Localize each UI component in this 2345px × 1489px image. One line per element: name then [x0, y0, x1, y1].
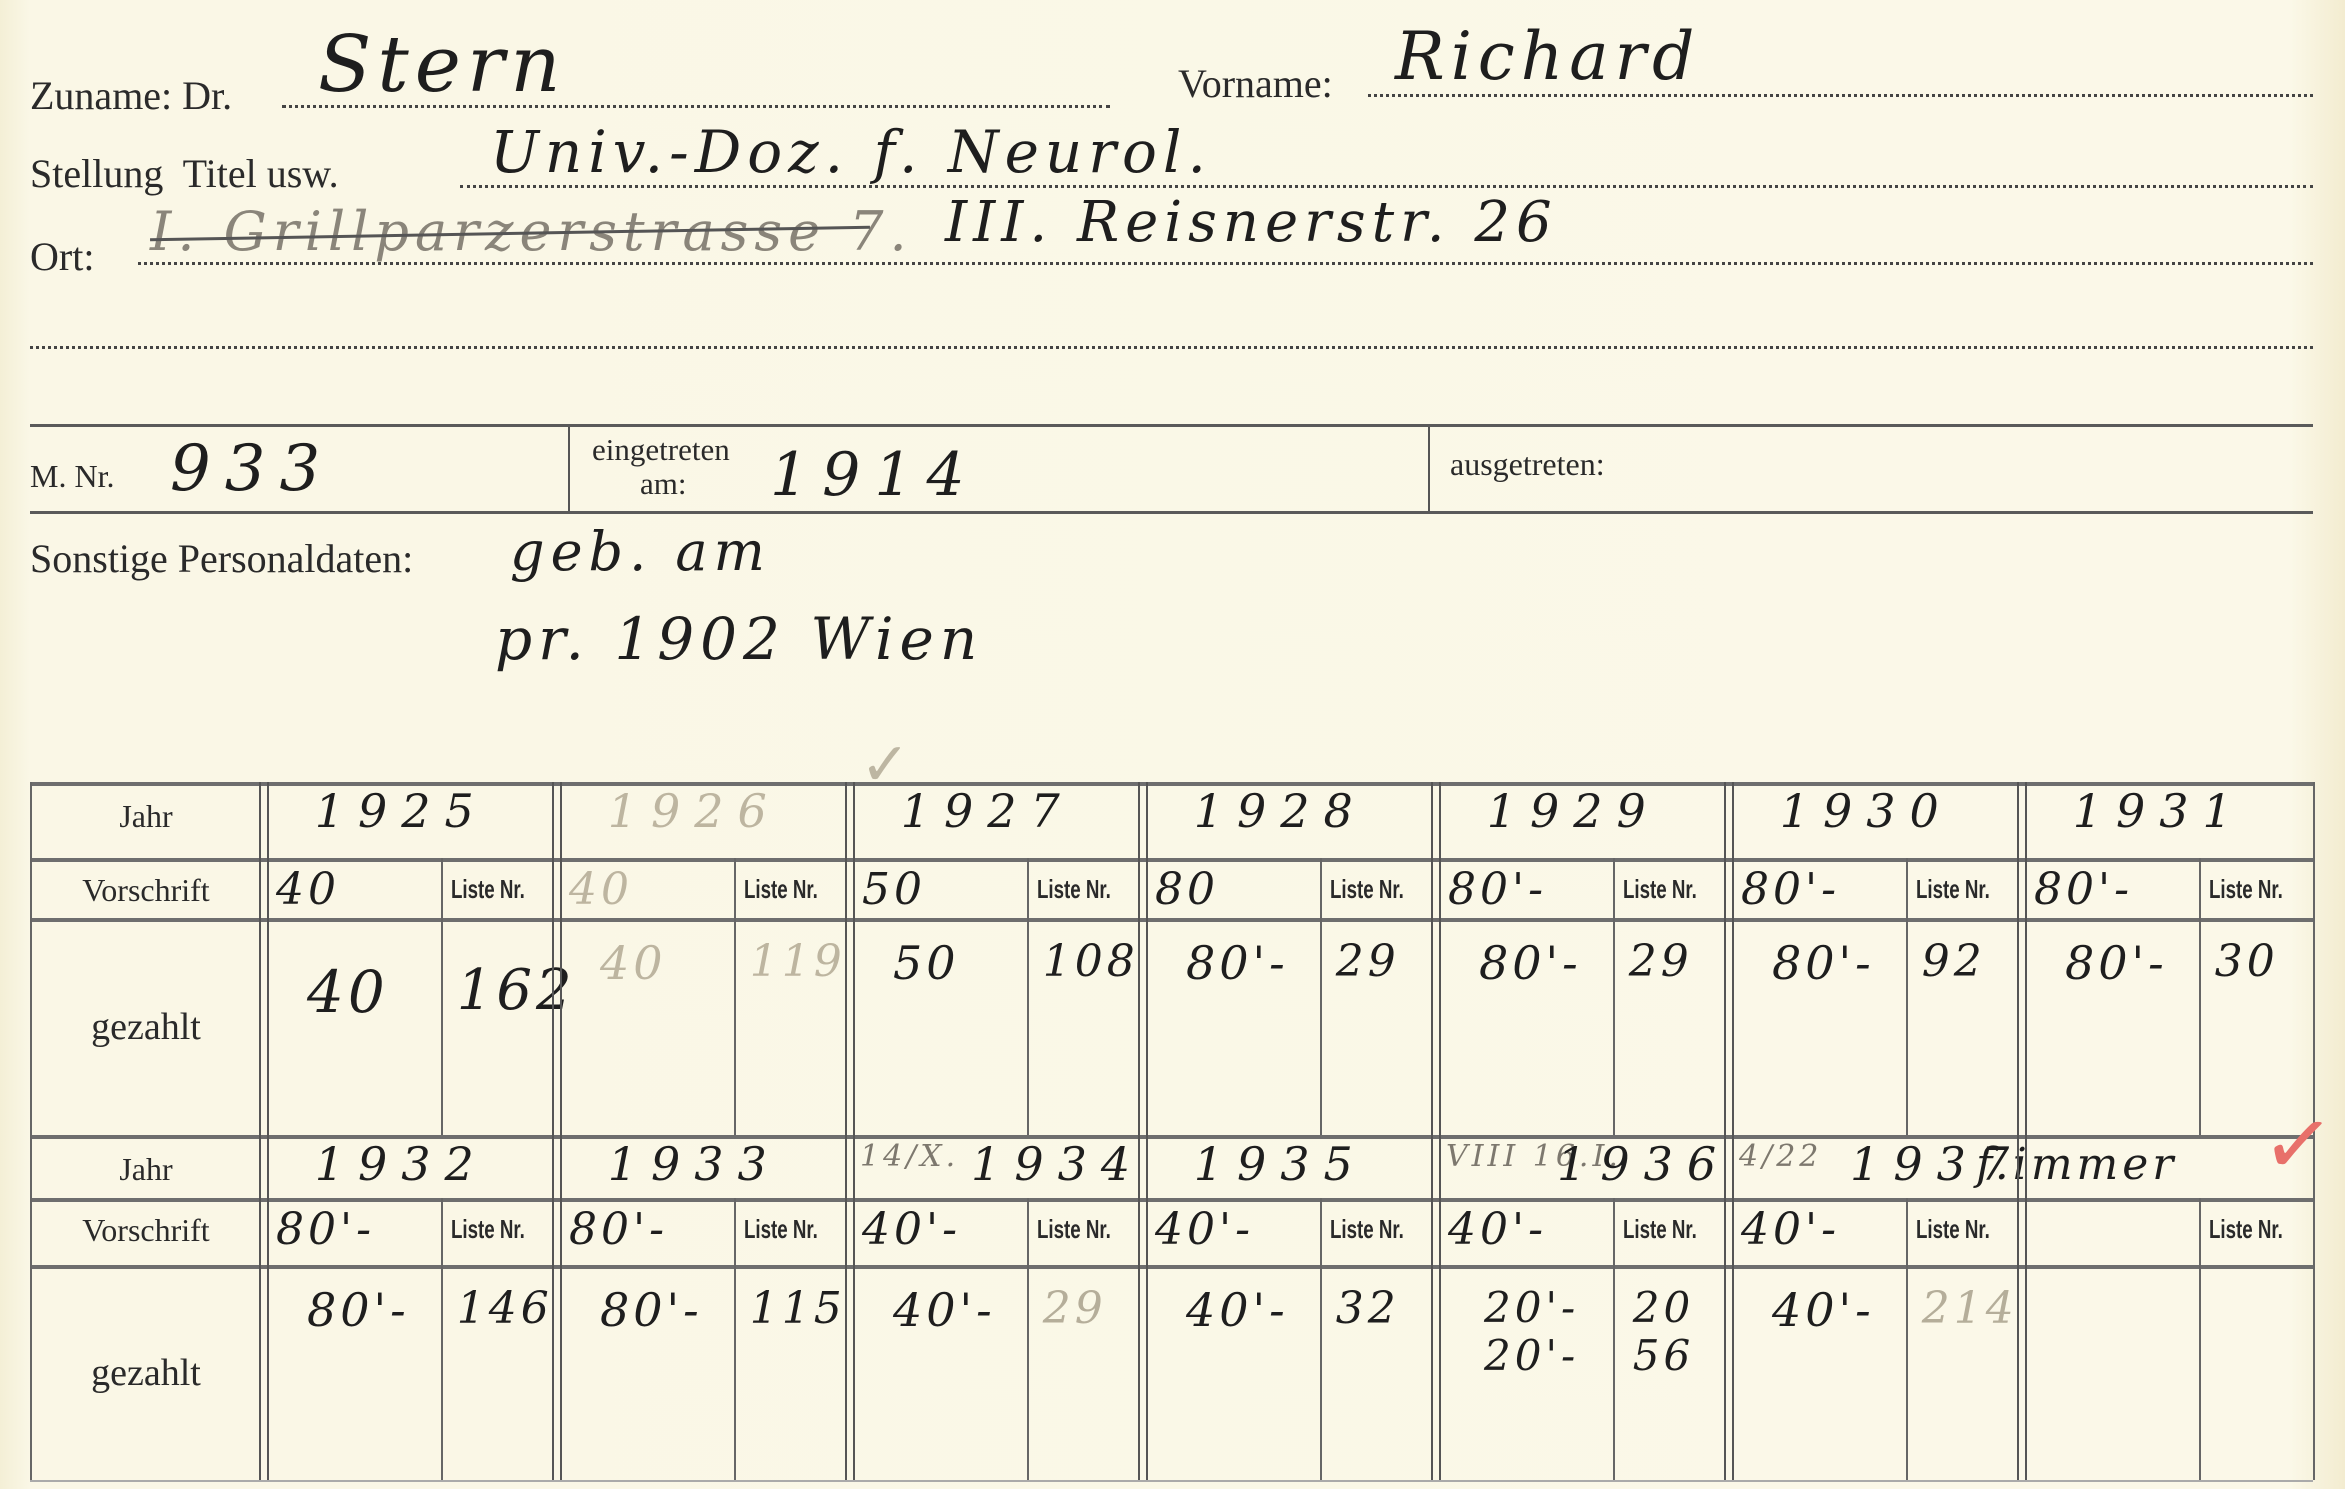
liste-nr-value: 30 [2215, 936, 2279, 987]
liste-nr-value: 29 [1629, 936, 1693, 987]
year-divider [845, 782, 855, 1135]
liste-nr-label: Liste Nr. [1330, 874, 1404, 905]
gezahlt-value: 40'- [1772, 1283, 1875, 1337]
vorschrift-value: 40'- [1448, 1204, 1547, 1255]
table-border [2313, 782, 2315, 1135]
gezahlt-value: 40 [600, 936, 667, 990]
year-divider [1431, 1135, 1441, 1480]
liste-nr-value: 146 [457, 1283, 553, 1334]
gezahlt-value: 40'- [1186, 1283, 1289, 1337]
year-divider [1138, 782, 1148, 1135]
red-check-icon: ✓ [2257, 1092, 2339, 1199]
liste-nr-label: Liste Nr. [1916, 1214, 1990, 1245]
liste-nr-label: Liste Nr. [1623, 1214, 1697, 1245]
year-value: 1933 [608, 1137, 781, 1191]
row-label-jahr: Jahr [30, 798, 262, 835]
vorschrift-value: 40'- [1741, 1204, 1840, 1255]
row-label-gezahlt: gezahlt [30, 1005, 262, 1049]
table-rule [30, 918, 2313, 922]
liste-nr-value: 29 [1043, 1283, 1107, 1334]
year-note: 14/X. [860, 1139, 959, 1174]
liste-nr-label: Liste Nr. [1916, 874, 1990, 905]
year-value: 1930 [1780, 784, 1953, 838]
row-label-vorschrift: Vorschrift [30, 1212, 262, 1249]
year-value: 1929 [1487, 784, 1660, 838]
year-value: 1932 [315, 1137, 488, 1191]
liste-divider [1613, 1198, 1615, 1480]
liste-divider [734, 1198, 736, 1480]
vorschrift-value: 80'- [1448, 864, 1547, 915]
year-value: 1926 [608, 784, 781, 838]
liste-divider [441, 1198, 443, 1480]
liste-nr-label: Liste Nr. [1330, 1214, 1404, 1245]
vorschrift-value: 40 [276, 864, 340, 915]
vorschrift-value: 40'- [1155, 1204, 1254, 1255]
table-rule [30, 1265, 2313, 1269]
year-value: 1934 [971, 1137, 1144, 1191]
liste-nr-label: Liste Nr. [2209, 874, 2283, 905]
year-divider [552, 1135, 562, 1480]
vorschrift-value: 80'- [276, 1204, 375, 1255]
year-value: 1931 [2073, 784, 2246, 838]
liste-divider [1027, 858, 1029, 1135]
liste-divider [2199, 858, 2201, 1135]
liste-divider [1027, 1198, 1029, 1480]
vorschrift-value: 40'- [862, 1204, 961, 1255]
year-divider [1431, 782, 1441, 1135]
gezahlt-value: 80'- [1479, 936, 1582, 990]
liste-divider [1320, 858, 1322, 1135]
gezahlt-value: 40'- [893, 1283, 996, 1337]
liste-nr-label: Liste Nr. [1037, 1214, 1111, 1245]
year-divider [2017, 782, 2027, 1135]
liste-nr-value: 32 [1336, 1283, 1400, 1334]
liste-nr-value: 20 [1633, 1283, 1694, 1332]
liste-nr-value: 92 [1922, 936, 1986, 987]
liste-divider [1613, 858, 1615, 1135]
vorschrift-value: 80'- [569, 1204, 668, 1255]
liste-nr-label: Liste Nr. [1037, 874, 1111, 905]
liste-nr-label: Liste Nr. [744, 1214, 818, 1245]
year-divider [845, 1135, 855, 1480]
vorschrift-value: 80'- [1741, 864, 1840, 915]
liste-divider [1906, 858, 1908, 1135]
liste-divider [1320, 1198, 1322, 1480]
gezahlt-value: 20'- [1484, 1283, 1579, 1332]
liste-nr-value: 56 [1633, 1331, 1694, 1380]
year-value: 1928 [1194, 784, 1367, 838]
year-divider [1724, 1135, 1734, 1480]
liste-divider [734, 858, 736, 1135]
membership-record-card: Zuname: Dr. Stern Vorname: Richard Stell… [0, 0, 2345, 1489]
vorschrift-value: 50 [862, 864, 926, 915]
table-rule [30, 1198, 2313, 1202]
gezahlt-value: 80'- [1772, 936, 1875, 990]
gezahlt-value: 20'- [1484, 1331, 1579, 1380]
liste-divider [1906, 1198, 1908, 1480]
year-value: 1927 [901, 784, 1074, 838]
liste-nr-value: 119 [750, 936, 846, 987]
year-divider [259, 782, 269, 1135]
gezahlt-value: 50 [893, 936, 960, 990]
row-label-jahr: Jahr [30, 1151, 262, 1188]
year-value: 1935 [1194, 1137, 1367, 1191]
liste-nr-label: Liste Nr. [744, 874, 818, 905]
table-rule [30, 858, 2313, 862]
gezahlt-value: 40 [307, 958, 389, 1026]
liste-divider [2199, 1198, 2201, 1480]
year-value: 1936 [1557, 1137, 1730, 1191]
year-divider [1138, 1135, 1148, 1480]
row-label-vorschrift: Vorschrift [30, 872, 262, 909]
liste-nr-value: 29 [1336, 936, 1400, 987]
vorschrift-value: 80'- [2034, 864, 2133, 915]
vorschrift-value: 40 [569, 864, 633, 915]
liste-nr-label: Liste Nr. [451, 874, 525, 905]
gezahlt-value: 80'- [2065, 936, 2168, 990]
table-rule [30, 1480, 2313, 1482]
vorschrift-value: 80 [1155, 864, 1219, 915]
year-value: 1925 [315, 784, 488, 838]
year-divider [2017, 1135, 2027, 1480]
liste-nr-value: 214 [1922, 1283, 2018, 1334]
liste-nr-label: Liste Nr. [451, 1214, 525, 1245]
year-note: 4/22 [1739, 1139, 1822, 1174]
liste-nr-label: Liste Nr. [2209, 1214, 2283, 1245]
liste-divider [441, 858, 443, 1135]
year-divider [259, 1135, 269, 1480]
liste-nr-label: Liste Nr. [1623, 874, 1697, 905]
gezahlt-value: 80'- [307, 1283, 410, 1337]
liste-nr-value: 108 [1043, 936, 1139, 987]
gezahlt-value: 80'- [1186, 936, 1289, 990]
fee-table: JahrVorschriftgezahltListe Nr.1925404016… [0, 0, 2345, 1489]
year-divider [1724, 782, 1734, 1135]
liste-nr-value: 115 [750, 1283, 846, 1334]
gezahlt-value: 80'- [600, 1283, 703, 1337]
row-label-gezahlt: gezahlt [30, 1351, 262, 1395]
year-divider [552, 782, 562, 1135]
year-suffix: f.immer [1976, 1139, 2177, 1190]
